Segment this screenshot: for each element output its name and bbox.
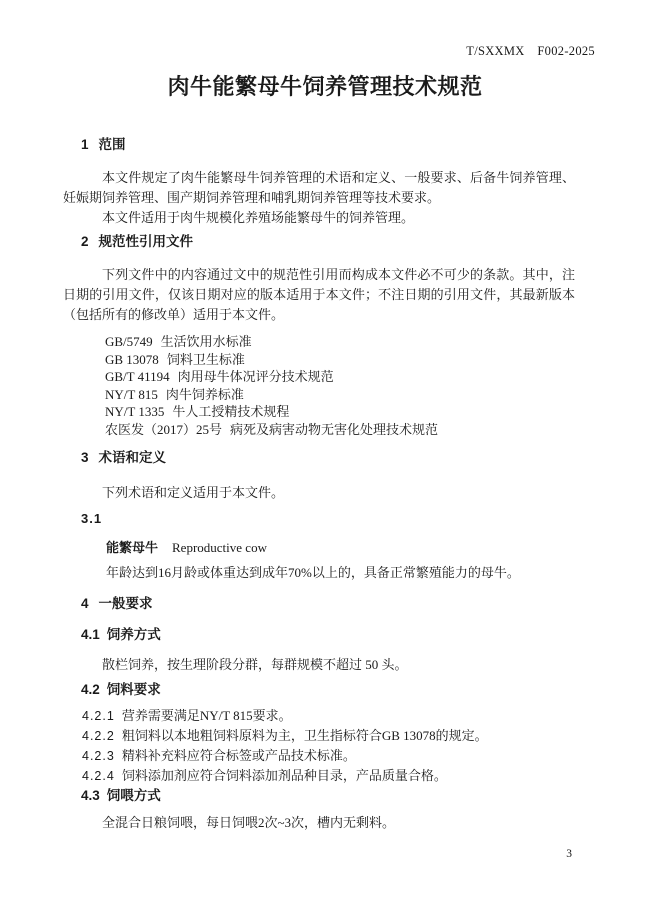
reference-code: 农医发（2017）25号 bbox=[105, 422, 222, 437]
reference-item: GB/T 41194肉用母牛体况评分技术规范 bbox=[105, 368, 575, 386]
clause-item-number: 4.2.2 bbox=[82, 729, 115, 743]
section-4-heading: 4一般要求 bbox=[81, 596, 575, 611]
section-2-number: 2 bbox=[81, 234, 89, 249]
document-page: T/SXXMX F002-2025 肉牛能繁母牛饲养管理技术规范 1范围 本文件… bbox=[0, 0, 650, 919]
references-list: GB/5749生活饮用水标准 GB 13078饲料卫生标准 GB/T 41194… bbox=[105, 333, 575, 438]
reference-title: 肉用母牛体况评分技术规范 bbox=[178, 369, 334, 384]
reference-title: 饲料卫生标准 bbox=[167, 352, 245, 367]
clause-item: 4.2.2粗饲料以本地粗饲料原料为主，卫生指标符合GB 13078的规定。 bbox=[82, 726, 575, 746]
doc-title: 肉牛能繁母牛饲养管理技术规范 bbox=[0, 74, 650, 100]
term-en: Reproductive cow bbox=[172, 540, 267, 555]
reference-title: 肉牛饲养标准 bbox=[166, 387, 244, 402]
reference-code: GB/T 41194 bbox=[105, 369, 170, 384]
reference-title: 病死及病害动物无害化处理技术规范 bbox=[230, 422, 438, 437]
section-4-1-number: 4.1 bbox=[81, 627, 100, 642]
section-1-paragraph-2: 本文件适用于肉牛规模化养殖场能繁母牛的饲养管理。 bbox=[63, 208, 575, 228]
section-2-heading: 2规范性引用文件 bbox=[81, 234, 575, 249]
section-2-label: 规范性引用文件 bbox=[99, 234, 194, 249]
section-4-2-items: 4.2.1营养需要满足NY/T 815要求。 4.2.2粗饲料以本地粗饲料原料为… bbox=[82, 706, 575, 786]
reference-code: GB/5749 bbox=[105, 334, 153, 349]
clause-item: 4.2.1营养需要满足NY/T 815要求。 bbox=[82, 706, 575, 726]
reference-title: 生活饮用水标准 bbox=[161, 334, 252, 349]
clause-3-1-number: 3.1 bbox=[81, 511, 575, 526]
section-3-paragraph-1: 下列术语和定义适用于本文件。 bbox=[63, 483, 575, 503]
doc-code: T/SXXMX F002-2025 bbox=[466, 44, 595, 58]
page-footer: 3 bbox=[0, 847, 572, 861]
reference-item: NY/T 1335牛人工授精技术规程 bbox=[105, 403, 575, 421]
section-1-paragraph-1: 本文件规定了肉牛能繁母牛饲养管理的术语和定义、一般要求、后备牛饲养管理、妊娠期饲… bbox=[63, 168, 575, 208]
page-header: T/SXXMX F002-2025 bbox=[0, 0, 595, 58]
section-4-3-paragraph: 全混合日粮饲喂，每日饲喂2次~3次，槽内无剩料。 bbox=[63, 813, 575, 833]
section-1-number: 1 bbox=[81, 137, 89, 152]
term-definition: 年龄达到16月龄或体重达到成年70%以上的，具备正常繁殖能力的母牛。 bbox=[106, 563, 575, 583]
section-1-heading: 1范围 bbox=[81, 137, 575, 152]
reference-item: GB 13078饲料卫生标准 bbox=[105, 351, 575, 369]
section-3-heading: 3术语和定义 bbox=[81, 450, 575, 465]
section-3-label: 术语和定义 bbox=[99, 450, 167, 465]
section-2-paragraph-1: 下列文件中的内容通过文中的规范性引用而构成本文件必不可少的条款。其中，注日期的引… bbox=[63, 265, 575, 325]
section-3-number: 3 bbox=[81, 450, 89, 465]
clause-item: 4.2.4饲料添加剂应符合饲料添加剂品种目录，产品质量合格。 bbox=[82, 766, 575, 786]
reference-title: 牛人工授精技术规程 bbox=[172, 404, 289, 419]
section-4-2-label: 饲料要求 bbox=[107, 682, 161, 697]
clause-item-text: 饲料添加剂应符合饲料添加剂品种目录，产品质量合格。 bbox=[122, 768, 447, 783]
doc-body: 1范围 本文件规定了肉牛能繁母牛饲养管理的术语和定义、一般要求、后备牛饲养管理、… bbox=[63, 137, 575, 833]
section-4-3-heading: 4.3饲喂方式 bbox=[81, 788, 575, 803]
clause-item-text: 粗饲料以本地粗饲料原料为主，卫生指标符合GB 13078的规定。 bbox=[122, 728, 488, 743]
section-1-label: 范围 bbox=[99, 137, 126, 152]
clause-item: 4.2.3精料补充料应符合标签或产品技术标准。 bbox=[82, 746, 575, 766]
section-4-3-number: 4.3 bbox=[81, 788, 100, 803]
clause-item-number: 4.2.1 bbox=[82, 709, 115, 723]
section-4-2-number: 4.2 bbox=[81, 682, 100, 697]
clause-item-number: 4.2.3 bbox=[82, 749, 115, 763]
clause-item-number: 4.2.4 bbox=[82, 769, 115, 783]
reference-code: NY/T 815 bbox=[105, 387, 158, 402]
section-4-2-heading: 4.2饲料要求 bbox=[81, 682, 575, 697]
section-4-3-label: 饲喂方式 bbox=[107, 788, 161, 803]
reference-item: GB/5749生活饮用水标准 bbox=[105, 333, 575, 351]
reference-code: GB 13078 bbox=[105, 352, 159, 367]
reference-item: 农医发（2017）25号病死及病害动物无害化处理技术规范 bbox=[105, 421, 575, 439]
clause-item-text: 精料补充料应符合标签或产品技术标准。 bbox=[122, 748, 356, 763]
section-4-label: 一般要求 bbox=[99, 596, 153, 611]
term-zh: 能繁母牛 bbox=[106, 540, 158, 555]
reference-item: NY/T 815肉牛饲养标准 bbox=[105, 386, 575, 404]
reference-code: NY/T 1335 bbox=[105, 404, 164, 419]
section-4-1-paragraph: 散栏饲养，按生理阶段分群，每群规模不超过 50 头。 bbox=[63, 655, 575, 675]
term-line: 能繁母牛Reproductive cow bbox=[106, 540, 575, 556]
clause-item-text: 营养需要满足NY/T 815要求。 bbox=[122, 708, 292, 723]
section-4-1-heading: 4.1饲养方式 bbox=[81, 627, 575, 642]
section-4-number: 4 bbox=[81, 596, 89, 611]
section-4-1-label: 饲养方式 bbox=[107, 627, 161, 642]
page-number: 3 bbox=[566, 848, 572, 860]
